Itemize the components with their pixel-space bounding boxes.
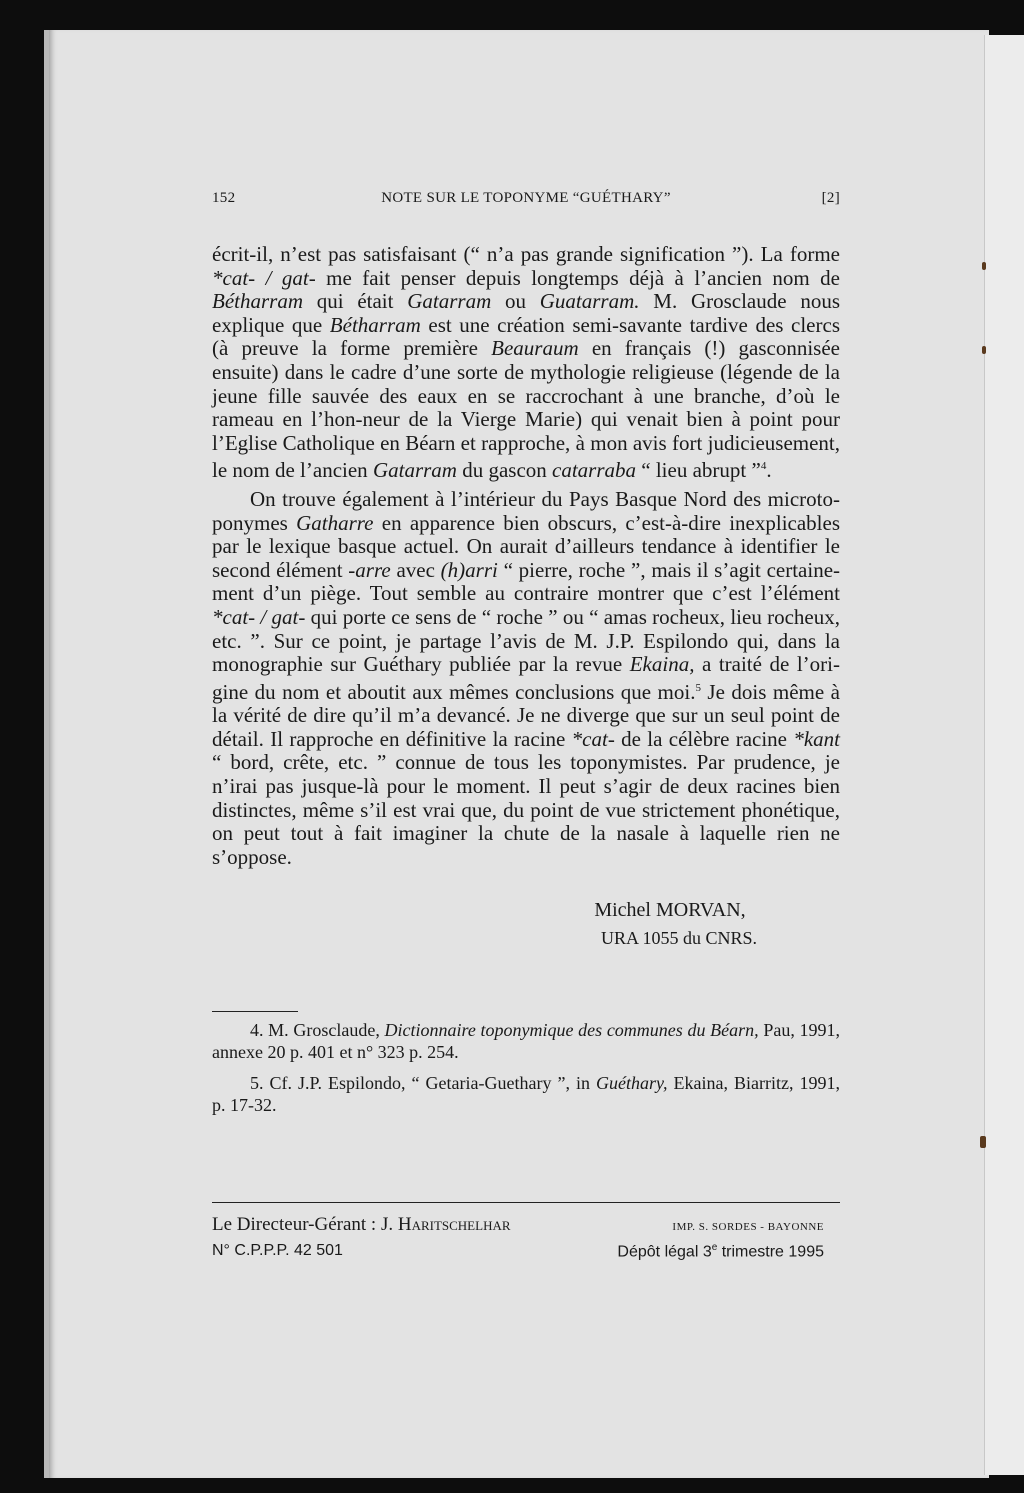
stain-mark — [980, 1136, 986, 1148]
footnotes: 4. M. Grosclaude, Dictionnaire toponymiq… — [212, 1019, 840, 1125]
running-head: 152 NOTE SUR LE TOPONYME “GUÉTHARY” [2] — [212, 190, 840, 210]
director-label: Le Directeur-Gérant : J. — [212, 1214, 398, 1235]
director-name: Haritschelhar — [398, 1214, 511, 1235]
running-title: NOTE SUR LE TOPONYME “GUÉTHARY” — [212, 190, 840, 207]
paragraph: écrit-il, n’est pas satisfaisant (“ n’a … — [212, 243, 840, 483]
stain-mark — [982, 346, 986, 354]
paragraph: On trouve également à l’intérieur du Pay… — [212, 488, 840, 870]
imprint-divider — [212, 1202, 840, 1203]
next-page-edge — [984, 35, 1024, 1475]
footnote-divider — [212, 1011, 298, 1012]
cppp-number: N° C.P.P.P. 42 501 — [212, 1242, 343, 1260]
stain-mark — [982, 262, 986, 270]
director-line: Le Directeur-Gérant : J. Haritschelhar — [212, 1214, 511, 1236]
legal-deposit-suffix: trimestre 1995 — [717, 1243, 824, 1260]
legal-deposit: Dépôt légal 3e trimestre 1995 — [617, 1242, 824, 1261]
body-text: écrit-il, n’est pas satisfaisant (“ n’a … — [212, 243, 840, 869]
printer: IMP. S. SORDES - BAYONNE — [672, 1221, 824, 1233]
author-affiliation: URA 1055 du CNRS. — [560, 924, 780, 952]
legal-deposit-prefix: Dépôt légal 3 — [617, 1243, 711, 1260]
section-number: [2] — [822, 190, 840, 207]
footnote: 5. Cf. J.P. Espilondo, “ Getaria-Guethar… — [212, 1072, 840, 1116]
signature: Michel MORVAN, URA 1055 du CNRS. — [560, 896, 780, 952]
author-name: Michel MORVAN, — [560, 896, 780, 924]
footnote: 4. M. Grosclaude, Dictionnaire toponymiq… — [212, 1019, 840, 1063]
